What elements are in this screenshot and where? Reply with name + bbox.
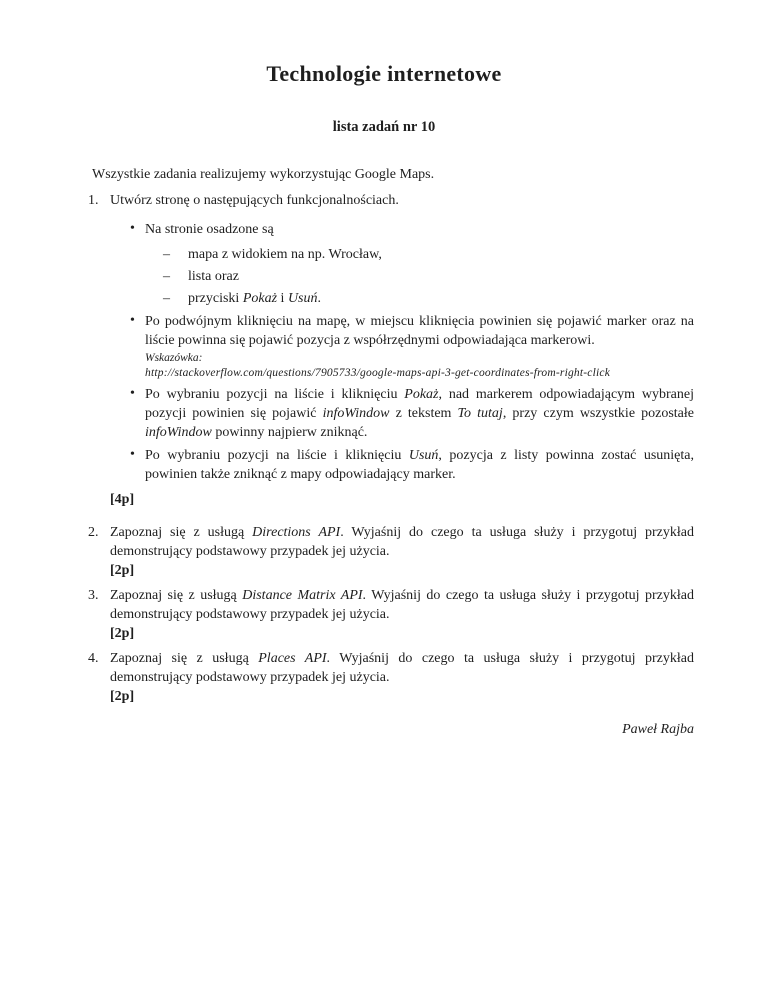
points-badge: [2p] [110,687,694,706]
task-item-3: 3. Zapoznaj się z usługą Distance Matrix… [88,586,694,643]
bullet-text: Po wybraniu pozycji na liście i kliknięc… [145,448,694,482]
hint-label: Wskazówka: [145,351,694,366]
task-text: Zapoznaj się z usługą Directions API. Wy… [110,525,694,559]
bullet-list: • Na stronie osadzone są – mapa z widoki… [0,220,768,484]
dash-marker-icon: – [163,289,170,308]
task-number: 1. [88,191,99,210]
author-signature: Paweł Rajba [0,720,694,739]
dash-item: – mapa z widokiem na np. Wrocław, [163,245,694,264]
task-item-1: 1. Utwórz stronę o następujących funkcjo… [88,191,694,210]
document-subtitle: lista zadań nr 10 [0,118,768,137]
task-text: Zapoznaj się z usługą Distance Matrix AP… [110,588,694,622]
bullet-item: • Po wybraniu pozycji na liście i klikni… [130,446,694,484]
dash-item: – lista oraz [163,267,694,286]
intro-paragraph: Wszystkie zadania realizujemy wykorzystu… [92,165,694,184]
bullet-text: Po podwójnym kliknięciu na mapę, w miejs… [145,314,694,348]
dash-text: mapa z widokiem na np. Wrocław, [188,247,382,262]
bullet-item: • Po wybraniu pozycji na liście i klikni… [130,385,694,442]
dash-marker-icon: – [163,245,170,264]
bullet-marker-icon: • [130,384,135,403]
bullet-text: Na stronie osadzone są [145,222,274,237]
dash-item: – przyciski Pokaż i Usuń. [163,289,694,308]
hint-url: http://stackoverflow.com/questions/79057… [145,366,694,381]
bullet-marker-icon: • [130,311,135,330]
dash-text: przyciski Pokaż i Usuń. [188,291,321,306]
hint-block: Wskazówka: http://stackoverflow.com/ques… [145,351,694,381]
task-number: 3. [88,586,99,605]
task-item-2: 2. Zapoznaj się z usługą Directions API.… [88,523,694,580]
bullet-marker-icon: • [130,219,135,238]
dash-marker-icon: – [163,267,170,286]
document-title: Technologie internetowe [0,0,768,87]
points-badge: [2p] [110,624,694,643]
bullet-marker-icon: • [130,445,135,464]
task-item-4: 4. Zapoznaj się z usługą Places API. Wyj… [88,649,694,706]
task-number: 4. [88,649,99,668]
bullet-item: • Po podwójnym kliknięciu na mapę, w mie… [130,312,694,381]
points-badge: [2p] [110,561,694,580]
points-badge: [4p] [110,490,694,509]
document-page: Technologie internetowe lista zadań nr 1… [0,0,768,994]
task-text: Zapoznaj się z usługą Places API. Wyjaśn… [110,651,694,685]
bullet-item: • Na stronie osadzone są – mapa z widoki… [130,220,694,308]
task-number: 2. [88,523,99,542]
task-text: Utwórz stronę o następujących funkcjonal… [110,193,399,208]
dash-sublist: – mapa z widokiem na np. Wrocław, – list… [145,245,694,308]
dash-text: lista oraz [188,269,239,284]
bullet-text: Po wybraniu pozycji na liście i kliknięc… [145,387,694,440]
